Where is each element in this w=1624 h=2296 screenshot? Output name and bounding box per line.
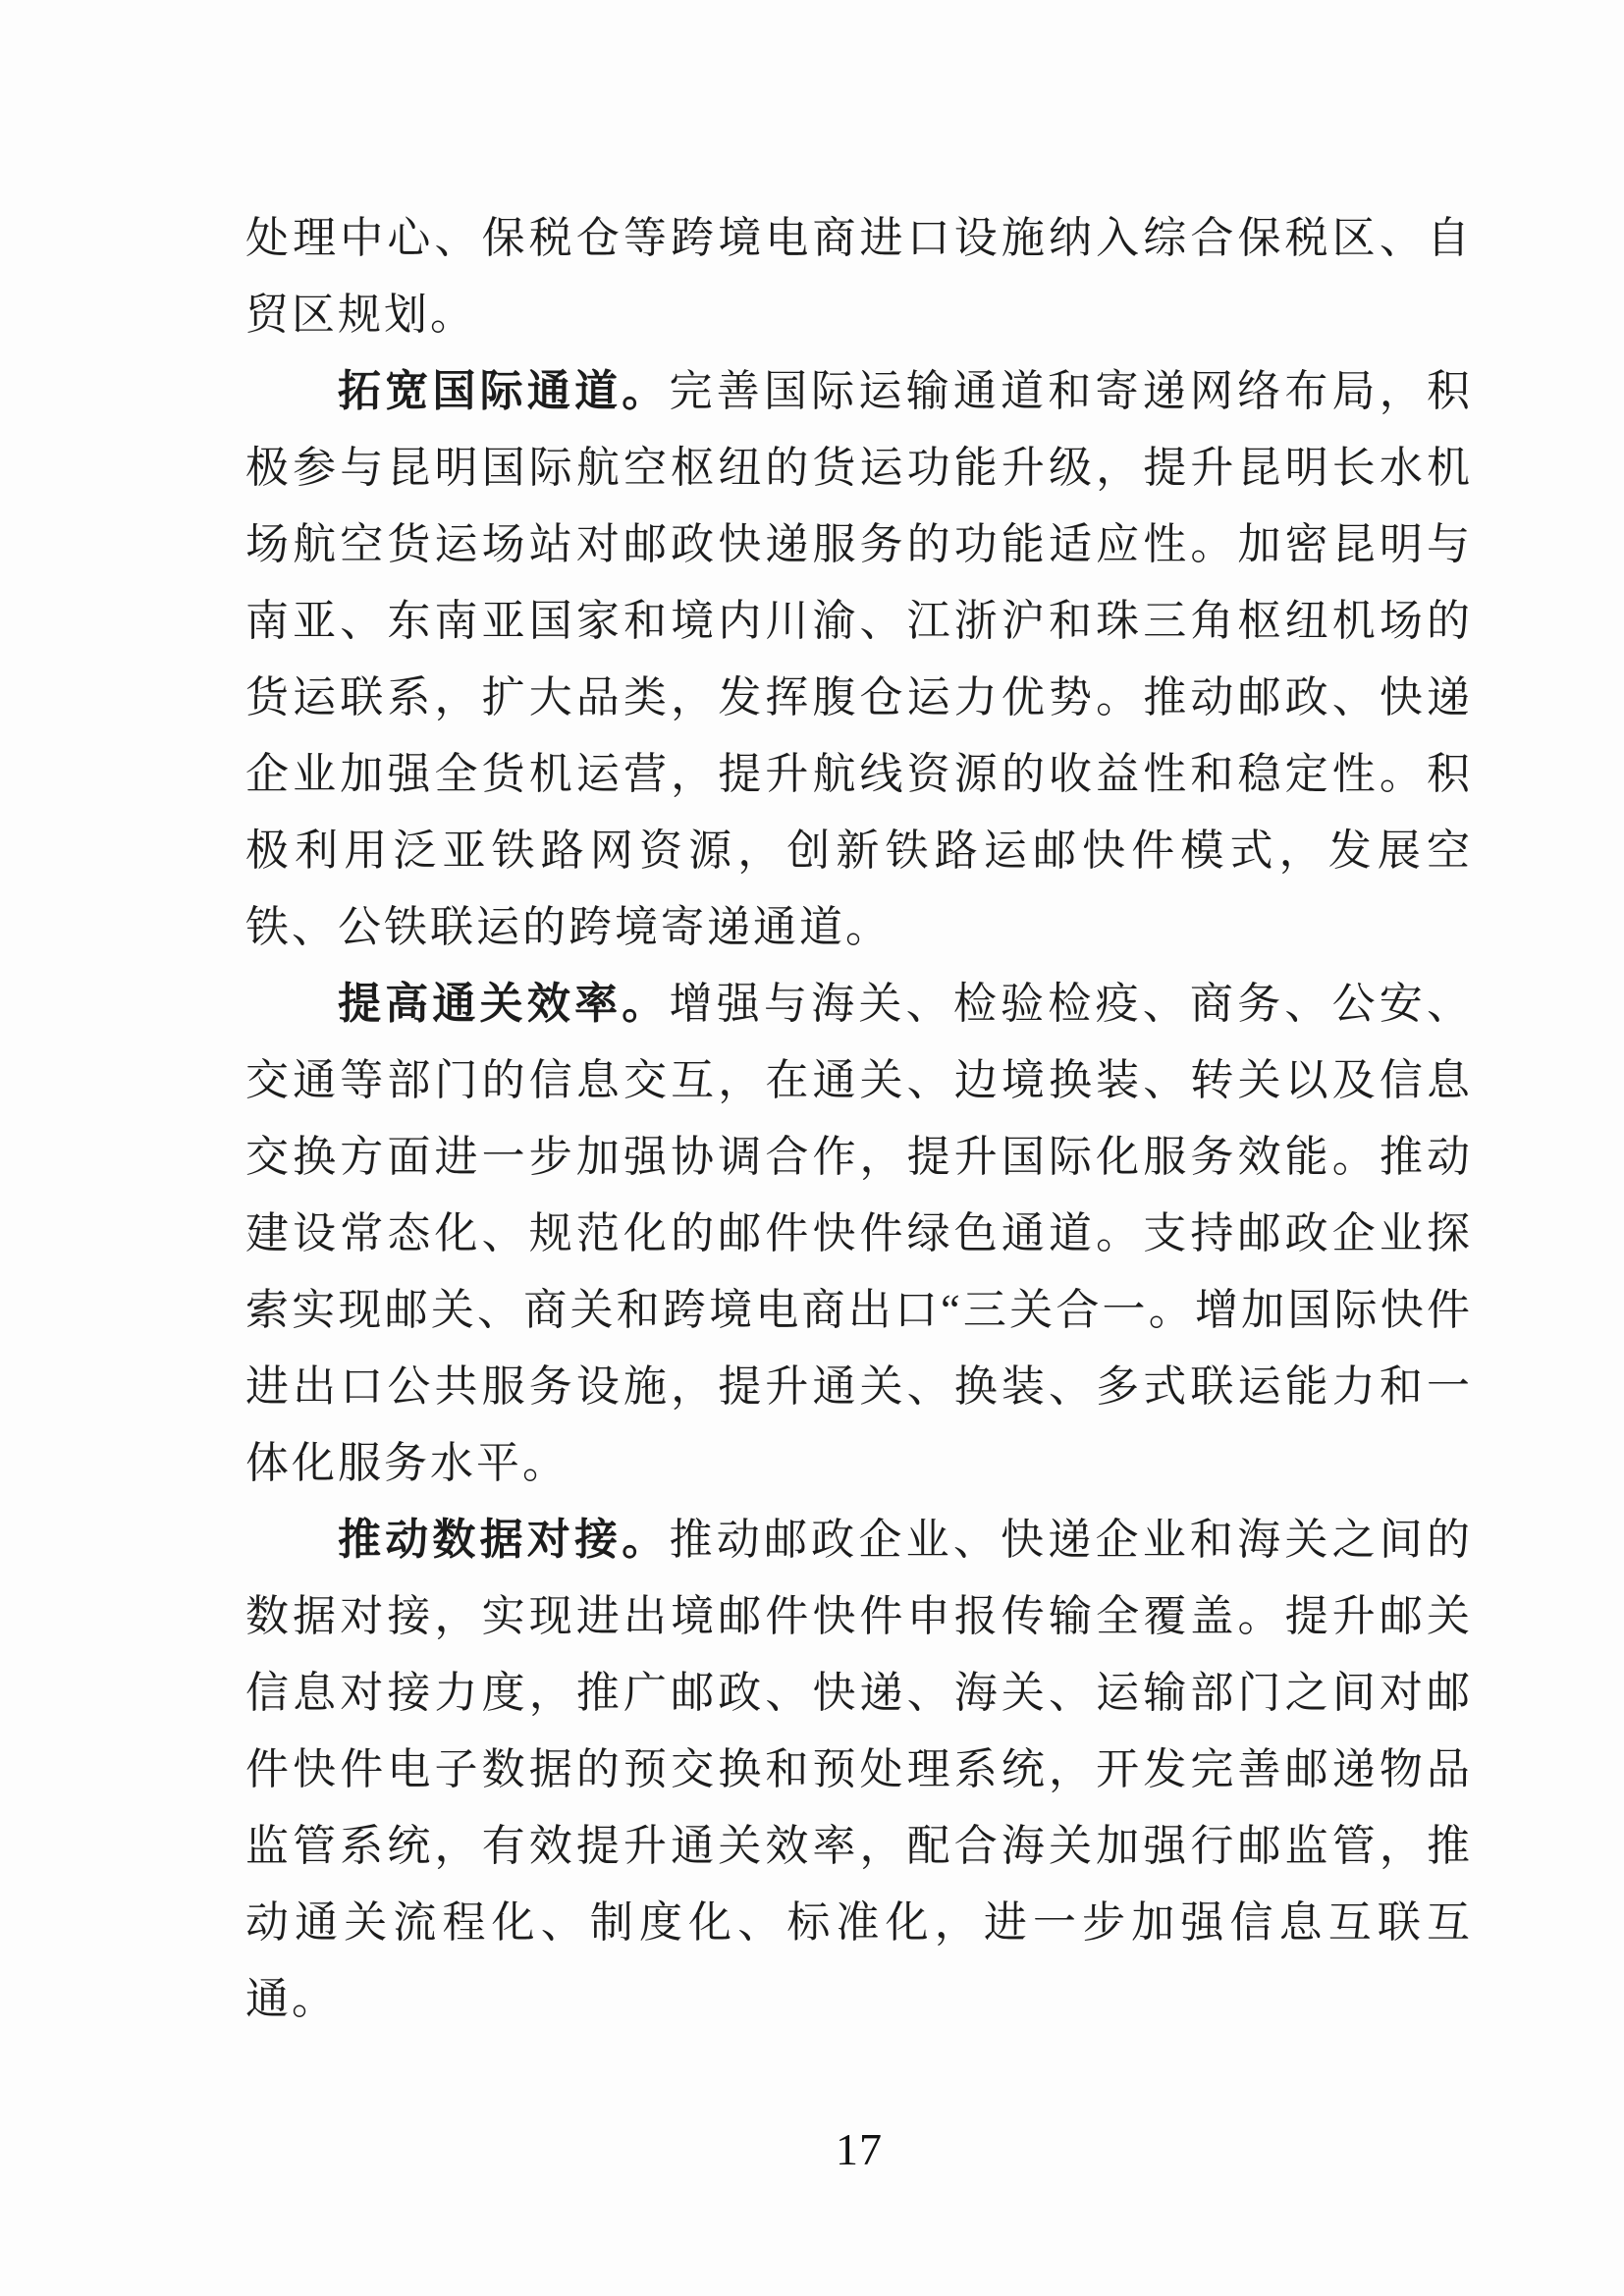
- page-body-text: 处理中心、保税仓等跨境电商进口设施纳入综合保税区、自贸区规划。 拓宽国际通道。完…: [245, 200, 1473, 2038]
- paragraph-text: 处理中心、保税仓等跨境电商进口设施纳入综合保税区、自贸区规划。: [245, 214, 1473, 339]
- document-page: 处理中心、保税仓等跨境电商进口设施纳入综合保税区、自贸区规划。 拓宽国际通道。完…: [0, 0, 1624, 2296]
- bold-heading: 推动数据对接。: [338, 1516, 670, 1564]
- paragraph-text: 完善国际运输通道和寄递网络布局，积极参与昆明国际航空枢纽的货运功能升级，提升昆明…: [245, 367, 1473, 951]
- paragraph-expand-international-channels: 拓宽国际通道。完善国际运输通道和寄递网络布局，积极参与昆明国际航空枢纽的货运功能…: [245, 353, 1473, 966]
- bold-heading: 提高通关效率。: [338, 980, 670, 1028]
- bold-heading: 拓宽国际通道。: [338, 367, 670, 415]
- paragraph-text: 推动邮政企业、快递企业和海关之间的数据对接，实现进出境邮件快件申报传输全覆盖。提…: [245, 1516, 1473, 2023]
- page-number: 17: [245, 2120, 1473, 2179]
- paragraph-improve-customs-efficiency: 提高通关效率。增强与海关、检验检疫、商务、公安、交通等部门的信息交互，在通关、边…: [245, 966, 1473, 1502]
- paragraph-text: 增强与海关、检验检疫、商务、公安、交通等部门的信息交互，在通关、边境换装、转关以…: [245, 980, 1473, 1487]
- paragraph-promote-data-integration: 推动数据对接。推动邮政企业、快递企业和海关之间的数据对接，实现进出境邮件快件申报…: [245, 1502, 1473, 2038]
- paragraph-continuation: 处理中心、保税仓等跨境电商进口设施纳入综合保税区、自贸区规划。: [245, 200, 1473, 353]
